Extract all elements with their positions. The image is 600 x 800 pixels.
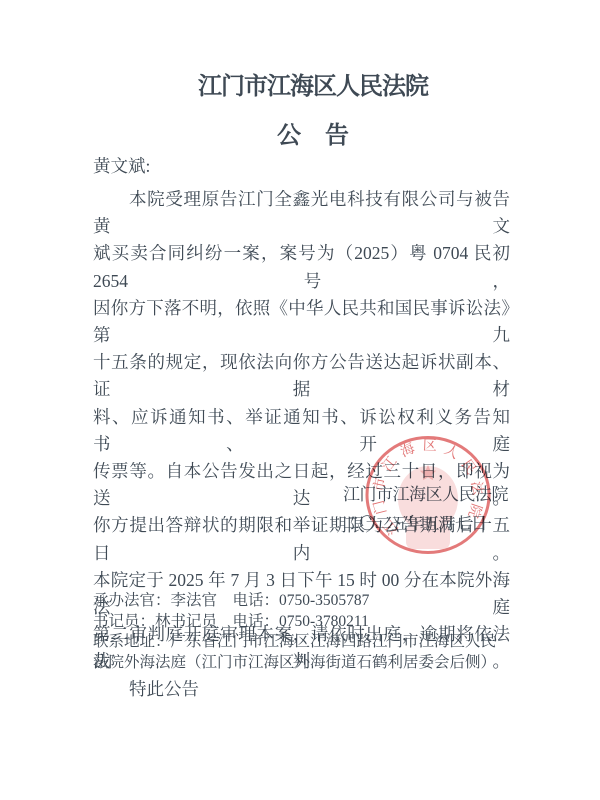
body-line: 十五条的规定，现依法向你方公告送达起诉状副本、证据材 (93, 349, 510, 403)
body-line: 斌买卖合同纠纷一案，案号为（2025）粤 0704 民初 2654 号， (93, 240, 510, 294)
clerk-contact-line: 书记员：林书记员 电话：0750-3780211 (93, 612, 518, 633)
court-name-heading: 江门市江海区人民法院 (0, 66, 600, 101)
body-line: 本院受理原告江门全鑫光电科技有限公司与被告黄文 (93, 186, 510, 240)
official-court-seal-stamp: 江门市江海区人民法院 (358, 425, 498, 565)
recipient-name: 黄文斌: (93, 154, 150, 178)
court-notice-page: 江门市江海区人民法院 公 告 黄文斌: 本院受理原告江门全鑫光电科技有限公司与被… (0, 0, 600, 800)
notice-title: 公 告 (0, 115, 600, 150)
address-line-1: 联系地址：广东省江门市江海区江海四路江门市江海区人民 (93, 632, 518, 653)
contact-info-block: 承办法官：李法官 电话：0750-3505787 书记员：林书记员 电话：075… (93, 591, 518, 673)
judge-contact-line: 承办法官：李法官 电话：0750-3505787 (93, 591, 518, 612)
seal-emblem (398, 466, 458, 549)
closing-phrase: 特此公告 (93, 676, 510, 703)
address-line-2: 法院外海法庭（江门市江海区外海街道石鹤利居委会后侧） (93, 653, 518, 674)
body-line: 因你方下落不明，依照《中华人民共和国民事诉讼法》第九 (93, 295, 510, 349)
